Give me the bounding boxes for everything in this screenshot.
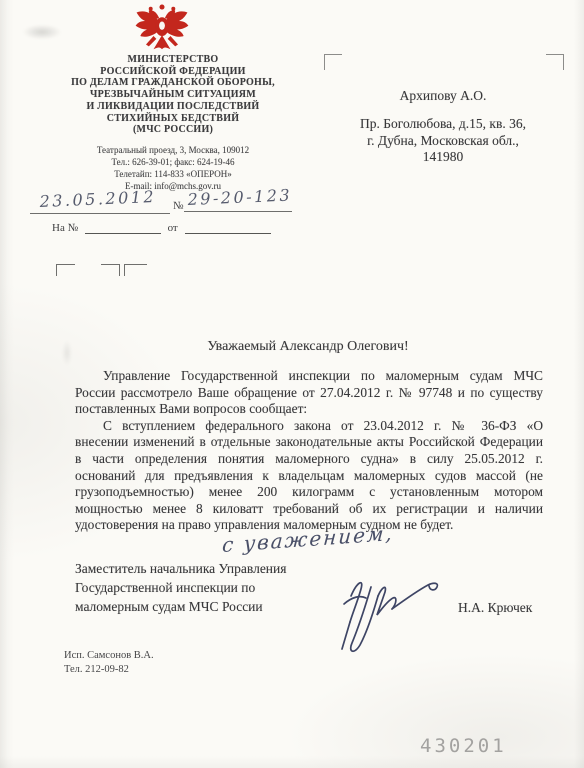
corner-mark — [124, 264, 147, 276]
reference-line: На № от — [52, 222, 271, 234]
body-line: оснований для предъявления к владельцам … — [75, 468, 543, 485]
scan-smudge — [60, 336, 74, 370]
stamp-number: 430201 — [420, 735, 507, 757]
signer-title-line: Государственной инспекции по — [75, 578, 355, 597]
ministry-line: ПО ДЕЛАМ ГРАЖДАНСКОЙ ОБОРОНЫ, — [40, 77, 306, 89]
contact-info-block: Театральный проезд, 3, Москва, 109012 Те… — [40, 145, 306, 193]
signer-title-block: Заместитель начальника Управления Госуда… — [75, 559, 355, 616]
corner-mark — [546, 54, 564, 70]
ministry-line: РОССИЙСКОЙ ФЕДЕРАЦИИ — [40, 66, 306, 78]
signer-title-line: маломерным судам МЧС России — [75, 597, 355, 616]
signer-name: Н.А. Крючек — [458, 600, 568, 616]
body-line: Управление Государственной инспекции по … — [75, 368, 543, 385]
number-sign-label: № — [173, 200, 184, 212]
corner-mark — [56, 264, 75, 276]
ministry-line: МИНИСТЕРСТВО — [40, 54, 306, 66]
contact-line: Телетайп: 114-833 «ОПЕРОН» — [40, 169, 306, 181]
ministry-line: И ЛИКВИДАЦИИ ПОСЛЕДСТВИЙ — [40, 101, 306, 113]
address-line: 141980 — [330, 149, 556, 166]
corner-mark — [101, 264, 120, 276]
corner-mark — [324, 54, 342, 70]
signer-title-line: Заместитель начальника Управления — [75, 559, 355, 578]
executor-phone: Тел. 212-09-82 — [64, 663, 154, 677]
body-line: мощностью менее 8 киловатт требований об… — [75, 501, 543, 518]
contact-line: Театральный проезд, 3, Москва, 109012 — [40, 145, 306, 157]
body-line: грузоподъемностью) менее 200 килограмм с… — [75, 484, 543, 501]
ministry-line: ЧРЕЗВЫЧАЙНЫМ СИТУАЦИЯМ — [40, 89, 306, 101]
recipient-name: Архипову А.О. — [330, 88, 556, 104]
date-blank — [185, 222, 271, 234]
number-underline — [184, 192, 292, 212]
ministry-line: (МЧС РОССИИ) — [40, 124, 306, 136]
executor-name: Исп. Самсонов В.А. — [64, 649, 154, 663]
date-underline — [30, 194, 170, 214]
executor-block: Исп. Самсонов В.А. Тел. 212-09-82 — [64, 649, 154, 677]
body-line: поставленных Вами вопросов сообщает: — [75, 401, 543, 418]
address-line: Пр. Боголюбова, д.15, кв. 36, — [330, 116, 556, 133]
na-number-label: На № — [52, 222, 78, 234]
ministry-name-block: МИНИСТЕРСТВО РОССИЙСКОЙ ФЕДЕРАЦИИ ПО ДЕЛ… — [40, 54, 306, 136]
salutation: Уважаемый Александр Олегович! — [75, 339, 541, 355]
body-line: внесении изменений в отдельные законодат… — [75, 434, 543, 451]
recipient-address: Пр. Боголюбова, д.15, кв. 36, г. Дубна, … — [330, 116, 556, 166]
body-line: России рассмотрело Ваше обращение от 27.… — [75, 385, 543, 402]
address-line: г. Дубна, Московская обл., — [330, 133, 556, 150]
signature-scribble — [335, 572, 447, 658]
ministry-line: СТИХИЙНЫХ БЕДСТВИЙ — [40, 113, 306, 125]
scan-smudge — [16, 22, 68, 42]
body-line: в части определения понятия маломерного … — [75, 451, 543, 468]
letter-body: Управление Государственной инспекции по … — [75, 368, 543, 534]
reference-blank — [85, 222, 161, 234]
body-line: С вступлением федерального закона от 23.… — [75, 418, 543, 435]
contact-line: Тел.: 626-39-01; факс: 624-19-46 — [40, 157, 306, 169]
ot-label: от — [168, 222, 178, 234]
coat-of-arms-eagle — [133, 4, 191, 53]
scanned-letter-page: МИНИСТЕРСТВО РОССИЙСКОЙ ФЕДЕРАЦИИ ПО ДЕЛ… — [0, 0, 584, 768]
